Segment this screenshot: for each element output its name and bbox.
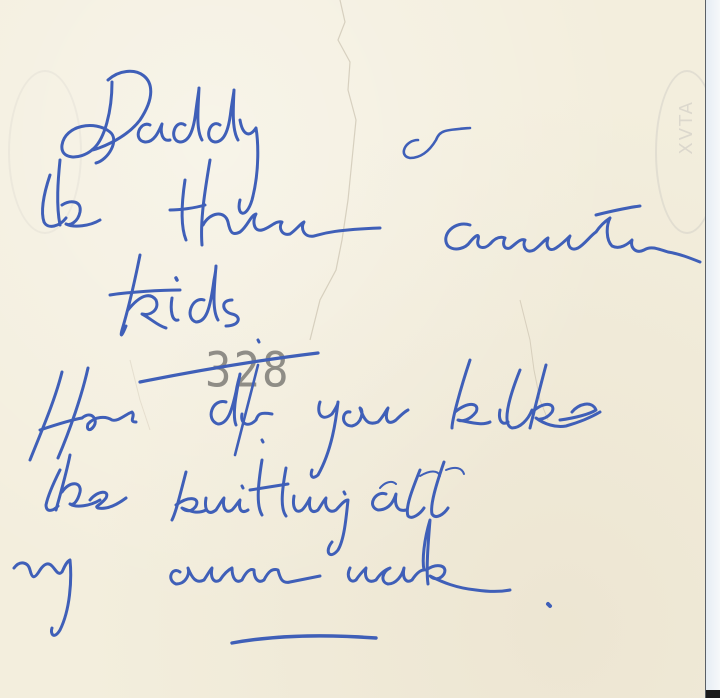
note-paper: XVTA 328 [0, 0, 706, 698]
note-line-3: kids [110, 270, 218, 322]
note-line-5: the knitting all [45, 470, 434, 522]
scan-edge-bar [706, 690, 720, 698]
note-line-1: Daddy & [60, 90, 291, 142]
note-line-2: the three coronation [40, 180, 582, 232]
scan-background-strip [706, 0, 720, 690]
closing-underline [232, 636, 376, 643]
note-line-4: How do you like [30, 380, 455, 432]
note-line-6: my own work. [14, 550, 384, 602]
